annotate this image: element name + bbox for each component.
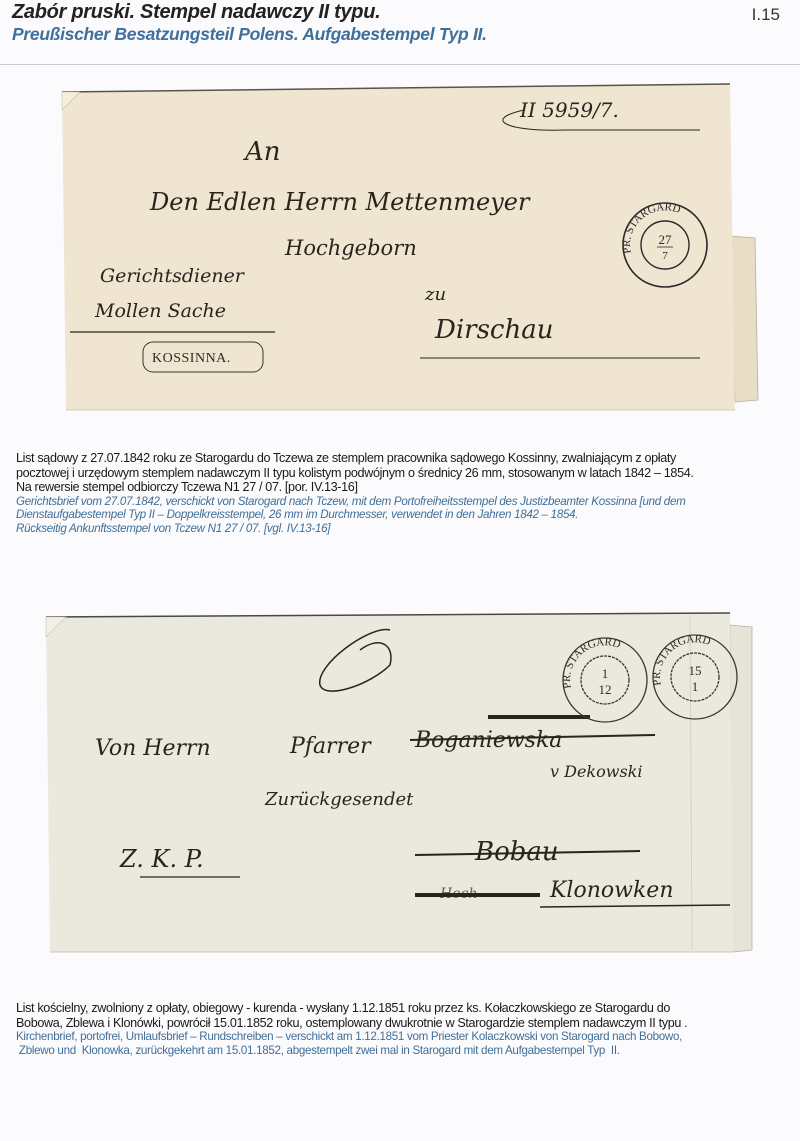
address-line: An <box>243 137 281 167</box>
address-line: Von Herrn <box>95 736 211 761</box>
caption-polish-line: List kościelny, zwolniony z opłaty, obie… <box>16 1001 798 1016</box>
address-line: Klonowken <box>549 878 673 903</box>
address-line: Pfarrer <box>289 734 372 759</box>
caption-german-line: Gerichtsbrief vom 27.07.1842, verschickt… <box>16 495 798 509</box>
svg-text:1: 1 <box>602 666 609 681</box>
svg-text:1: 1 <box>692 679 699 694</box>
address-line: Dirschau <box>434 315 554 345</box>
caption-german-line: Zblewo und Klonowka, zurückgekehrt am 15… <box>16 1044 798 1058</box>
sender-line: Mollen Sache <box>94 300 226 322</box>
svg-text:12: 12 <box>599 682 612 697</box>
page-number: I.15 <box>752 5 780 25</box>
caption-german-line: Rückseitig Ankunftsstempel von Tczew N1 … <box>16 522 798 536</box>
caption-letter-1: List sądowy z 27.07.1842 roku ze Staroga… <box>16 451 798 535</box>
page-title-german: Preußischer Besatzungsteil Polens. Aufga… <box>12 24 487 45</box>
sender-line: Gerichtsdiener <box>100 265 246 287</box>
address-line: Den Edlen Herrn Mettenmeyer <box>149 188 531 216</box>
address-line strikethrough: Boganiewska <box>414 728 562 753</box>
caption-letter-2: List kościelny, zwolniony z opłaty, obie… <box>16 1001 798 1057</box>
caption-german-line: Kirchenbrief, portofrei, Umlaufsbrief – … <box>16 1030 798 1044</box>
letter-1-image: II 5959/7. An Den Edlen Herrn Mettenmeye… <box>40 70 770 420</box>
caption-polish-line: Na rewersie stempel odbiorczy Tczewa N1 … <box>16 480 798 495</box>
svg-text:15: 15 <box>689 663 702 678</box>
svg-text:27: 27 <box>659 232 673 247</box>
address-line: Zurückgesendet <box>264 789 414 810</box>
svg-text:II 5959/7.: II 5959/7. <box>519 98 619 122</box>
header-divider <box>0 64 800 65</box>
address-line: v Dekowski <box>550 762 642 781</box>
free-mark: Z. K. P. <box>119 845 204 873</box>
caption-polish-line: pocztowej i urzędowym stemplem nadawczym… <box>16 466 798 481</box>
page-title-polish: Zabór pruski. Stempel nadawczy II typu. <box>12 1 380 24</box>
letter-2-image: Von Herrn Pfarrer Boganiewska v Dekowski… <box>40 605 770 990</box>
caption-german-line: Dienstaufgabestempel Typ II – Doppelkrei… <box>16 508 798 522</box>
caption-polish-line: List sądowy z 27.07.1842 roku ze Staroga… <box>16 451 798 466</box>
svg-text:KOSSINNA.: KOSSINNA. <box>152 351 231 366</box>
address-line: zu <box>424 284 446 305</box>
svg-text:7: 7 <box>662 250 668 262</box>
caption-polish-line: Bobowa, Zblewa i Klonówki, powrócił 15.0… <box>16 1016 798 1031</box>
address-line: Hochgeborn <box>284 236 417 260</box>
